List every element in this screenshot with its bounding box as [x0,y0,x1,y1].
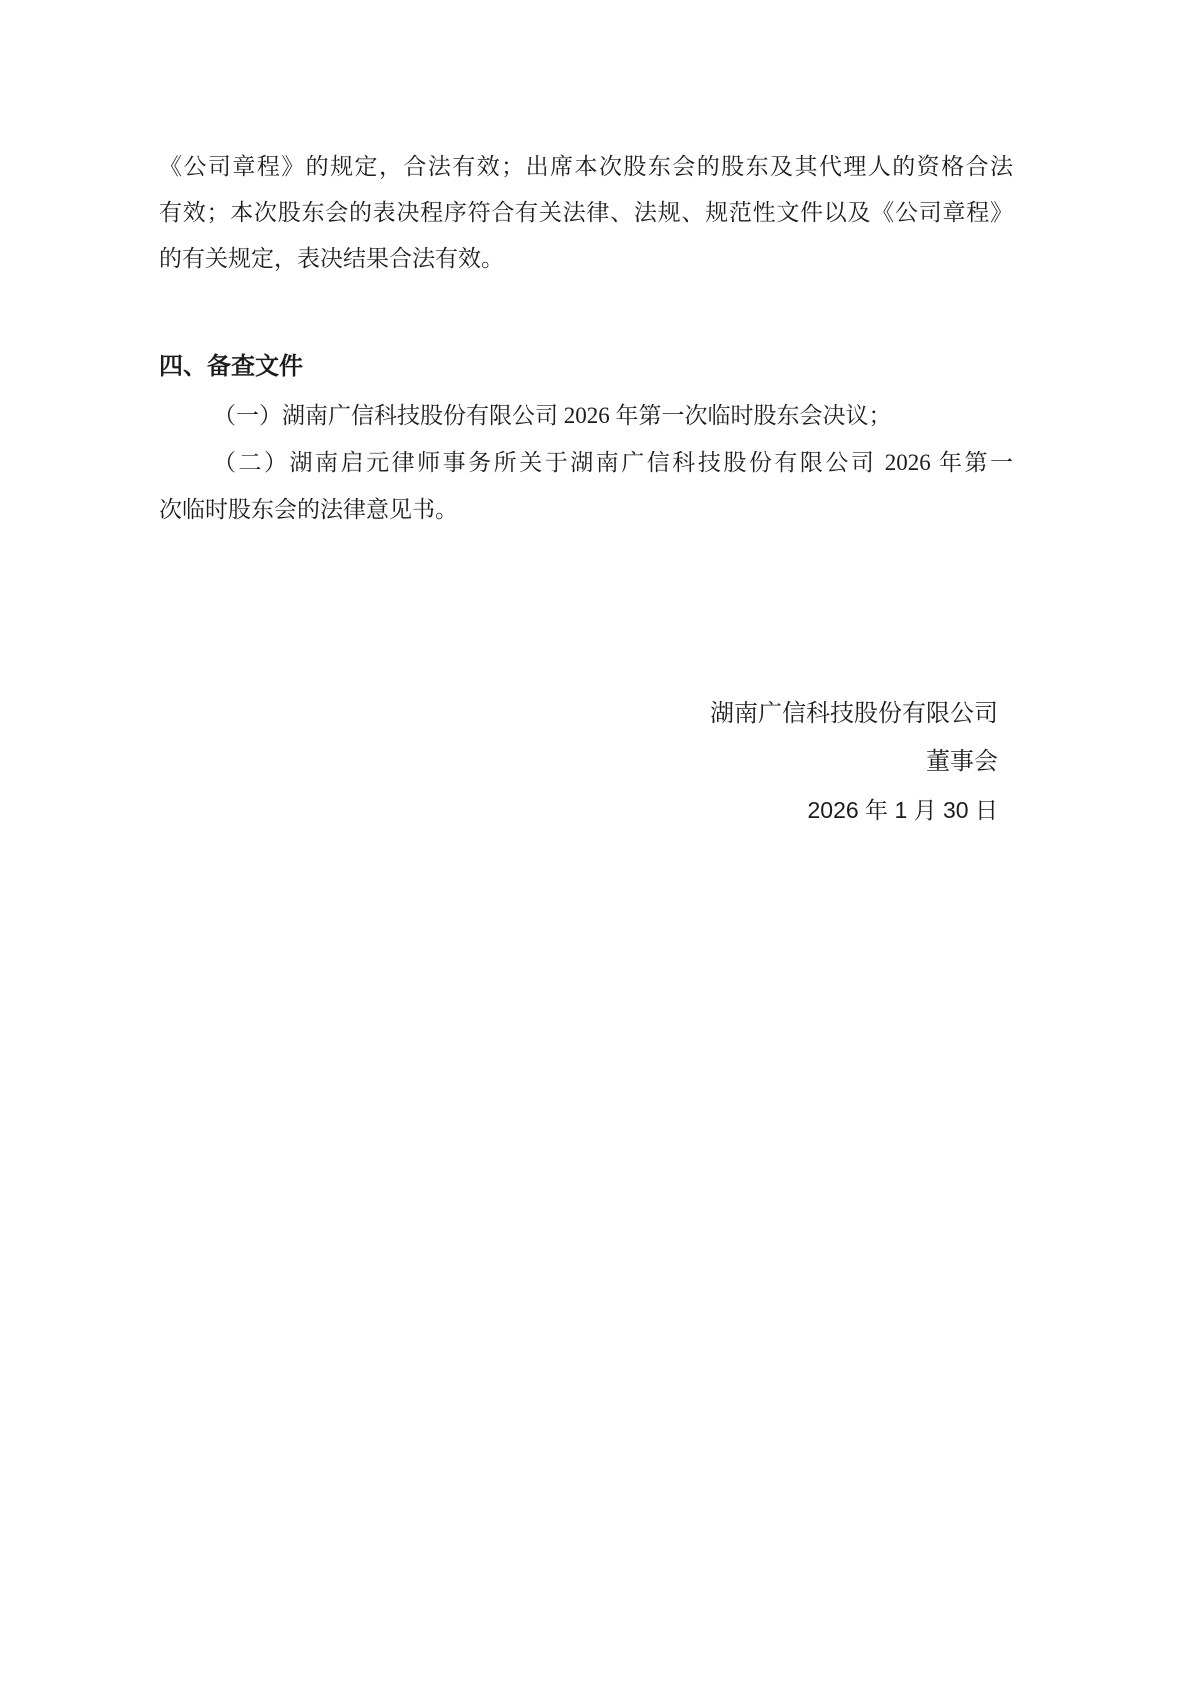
reference-document-item-1: （一）湖南广信科技股份有限公司 2026 年第一次临时股东会决议； [159,392,1013,439]
closing-paragraph-line-2: 有效；本次股东会的表决程序符合有关法律、法规、规范性文件以及《公司章程》 [159,190,1013,236]
document-page: 《公司章程》的规定，合法有效；出席本次股东会的股东及其代理人的资格合法 有效；本… [0,0,1190,1683]
reference-document-item-2-line-2: 次临时股东会的法律意见书。 [159,486,1013,533]
signature-block: 湖南广信科技股份有限公司 董事会 2026 年 1 月 30 日 [159,690,1013,834]
reference-documents-list: （一）湖南广信科技股份有限公司 2026 年第一次临时股东会决议； （二）湖南启… [159,392,1013,533]
closing-paragraph: 《公司章程》的规定，合法有效；出席本次股东会的股东及其代理人的资格合法 有效；本… [159,144,1013,282]
section-heading: 四、备查文件 [159,344,1013,390]
reference-document-item-2-line-1: （二）湖南启元律师事务所关于湖南广信科技股份有限公司 2026 年第一 [159,439,1013,486]
signature-board-of-directors: 董事会 [159,738,998,786]
signature-date: 2026 年 1 月 30 日 [159,786,998,834]
signature-company-name: 湖南广信科技股份有限公司 [159,690,998,738]
document-content: 《公司章程》的规定，合法有效；出席本次股东会的股东及其代理人的资格合法 有效；本… [0,144,1190,834]
closing-paragraph-line-3: 的有关规定，表决结果合法有效。 [159,236,1013,282]
closing-paragraph-line-1: 《公司章程》的规定，合法有效；出席本次股东会的股东及其代理人的资格合法 [159,144,1013,190]
